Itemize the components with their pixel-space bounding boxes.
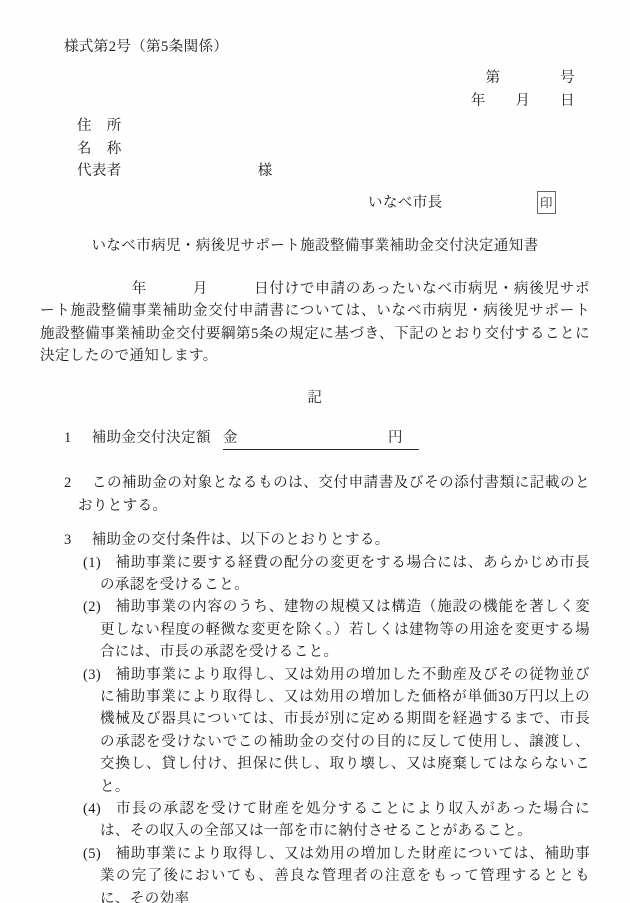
condition-5: (5)補助事業により取得し、又は効用の増加した財産については、補助事業の完了後に… (40, 843, 590, 903)
item-2-number: 2 (64, 475, 72, 491)
condition-5-text: 補助事業により取得し、又は効用の増加した財産については、補助事業の完了後において… (100, 846, 590, 903)
item-3-conditions-heading: 3補助金の交付条件は、以下のとおりとする。 (40, 529, 590, 551)
document-title: いなべ市病児・病後児サポート施設整備事業補助金交付決定通知書 (40, 235, 590, 257)
condition-3: (3)補助事業により取得し、又は効用の増加した不動産及びその従物並びに補助事業に… (40, 664, 590, 798)
recipient-address-label: 住 所 (40, 115, 590, 137)
recipient-representative-line: 代表者 様 (40, 160, 590, 182)
amount-blank-line: 金円 (223, 427, 419, 450)
item-2-text: この補助金の対象となるものは、交付申請書及びその添付書類に記載のとおりとする。 (78, 475, 590, 513)
amount-suffix-yen: 円 (388, 427, 403, 449)
issuer-line: いなべ市長 印 (40, 191, 590, 214)
condition-3-number: (3) (83, 667, 101, 683)
condition-2-number: (2) (83, 599, 101, 615)
representative-label: 代表者 (77, 163, 122, 179)
issuer-title: いなべ市長 (368, 192, 443, 214)
item-1-number: 1 (64, 430, 72, 446)
document-page: 様式第2号（第5条関係） 第 号 年 月 日 住 所 名 称 代表者 様 いなべ… (0, 0, 630, 903)
item-3-text: 補助金の交付条件は、以下のとおりとする。 (92, 532, 390, 548)
condition-1-number: (1) (83, 555, 101, 571)
seal-character: 印 (540, 197, 553, 210)
recipient-name-label: 名 称 (40, 138, 590, 160)
condition-5-number: (5) (83, 846, 101, 862)
condition-1-text: 補助事業に要する経費の配分の変更をする場合には、あらかじめ市長の承認を受けること… (100, 555, 590, 593)
condition-4-text: 市長の承認を受けて財産を処分することにより収入があった場合には、その収入の全部又… (100, 801, 590, 839)
honorific-sama: 様 (258, 163, 273, 179)
date-line: 年 月 日 (40, 90, 590, 112)
condition-1: (1)補助事業に要する経費の配分の変更をする場合には、あらかじめ市長の承認を受け… (40, 552, 590, 597)
condition-3-text: 補助事業により取得し、又は効用の増加した不動産及びその従物並びに補助事業により取… (100, 667, 590, 795)
condition-2-text: 補助事業の内容のうち、建物の規模又は構造（施設の機能を著しく変更しない程度の軽微… (100, 599, 590, 660)
condition-2: (2)補助事業の内容のうち、建物の規模又は構造（施設の機能を著しく変更しない程度… (40, 596, 590, 663)
form-number: 様式第2号（第5条関係） (40, 36, 590, 58)
item-3-number: 3 (64, 532, 72, 548)
recipient-block: 住 所 名 称 代表者 様 (40, 115, 590, 182)
condition-4-number: (4) (83, 801, 101, 817)
body-paragraph: 年 月 日付けで申請のあったいなべ市病児・病後児サポート施設整備事業補助金交付申… (40, 278, 590, 368)
document-number-line: 第 号 (40, 67, 590, 89)
item-2-subject: 2この補助金の対象となるものは、交付申請書及びその添付書類に記載のとおりとする。 (40, 472, 590, 517)
condition-4: (4)市長の承認を受けて財産を処分することにより収入があった場合には、その収入の… (40, 798, 590, 843)
seal-mark-box: 印 (537, 191, 556, 214)
ki-marker: 記 (40, 387, 590, 409)
item-1-grant-amount: 1補助金交付決定額金円 (40, 427, 590, 450)
item-1-label: 補助金交付決定額 (92, 430, 211, 446)
amount-prefix-kin: 金 (223, 427, 238, 449)
